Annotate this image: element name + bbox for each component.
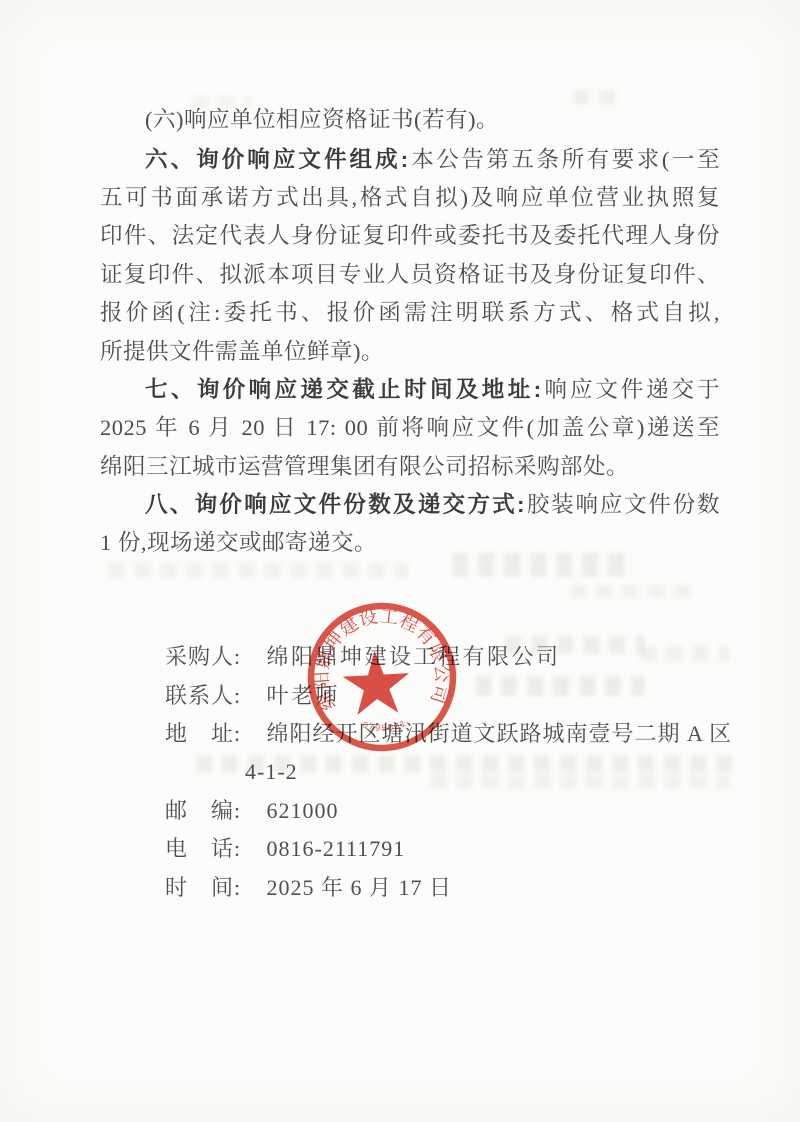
section6-text: 本公告第五条所有要求(一至 [409, 147, 720, 172]
date-label: 时 间: [165, 869, 261, 907]
section8-heading: 八、询价响应文件份数及递交方式: [145, 492, 526, 517]
seal-svg: 绵阳鼎坤建设工程有限公司 0795001 [299, 593, 465, 763]
bleed-through-smudge [570, 585, 700, 598]
section8-text: 胶装响应文件份数 [526, 492, 720, 517]
bleed-through-smudge [640, 646, 730, 662]
zip-label: 邮 编: [165, 792, 261, 830]
paragraph-item-six: (六)响应单位相应资格证书(若有)。 [100, 101, 720, 139]
section7-line2: 2025 年 6 月 20 日 17: 00 前将响应文件(加盖公章)递送至 [100, 409, 720, 447]
address-label: 地 址: [165, 715, 261, 753]
bleed-through-smudge [430, 775, 730, 789]
section7-line3: 绵阳三江城市运营管理集团有限公司招标采购部处。 [100, 448, 720, 486]
section6-line3: 印件、法定代表人身份证复印件或委托书及委托代理人身份 [100, 217, 720, 255]
phone-label: 电 话: [165, 830, 261, 868]
section6-line4: 证复印件、拟派本项目专业人员资格证书及身份证复印件、 [100, 256, 720, 294]
zip-row: 邮 编: 621000 [165, 792, 339, 830]
section7-heading: 七、询价响应递交截止时间及地址: [145, 377, 542, 402]
star-icon [341, 649, 411, 715]
seal-serial-textpath: 0795001 [360, 717, 408, 735]
date-row: 时 间: 2025 年 6 月 17 日 [165, 869, 452, 907]
section8-line2: 1 份,现场递交或邮寄递交。 [100, 524, 720, 562]
bleed-through-smudge [108, 562, 408, 578]
section7-text: 响应文件递交于 [542, 377, 720, 402]
date-value: 2025 年 6 月 17 日 [267, 875, 453, 900]
address-value-line2: 4-1-2 [245, 759, 298, 784]
company-seal-stamp: 绵阳鼎坤建设工程有限公司 0795001 [299, 593, 465, 763]
contact-person-label: 联系人: [165, 677, 261, 715]
zip-value: 621000 [267, 798, 339, 823]
purchaser-label: 采购人: [165, 638, 261, 676]
section6-line6: 所提供文件需盖单位鲜章)。 [100, 333, 720, 371]
section6-line2: 五可书面承诺方式出具,格式自拟)及响应单位营业执照复 [100, 179, 720, 217]
phone-value: 0816-2111791 [267, 836, 406, 861]
address-row-line2: 4-1-2 [245, 753, 298, 791]
section6-heading: 六、询价响应文件组成: [145, 147, 409, 172]
bleed-through-smudge [475, 676, 645, 696]
phone-row: 电 话: 0816-2111791 [165, 830, 405, 868]
seal-serial-text: 0795001 [360, 717, 408, 735]
section6-line5: 报价函(注:委托书、报价函需注明联系方式、格式自拟, [100, 294, 720, 332]
section6-heading-line: 六、询价响应文件组成:本公告第五条所有要求(一至 [100, 141, 720, 179]
scanned-document-page: (六)响应单位相应资格证书(若有)。 六、询价响应文件组成:本公告第五条所有要求… [0, 0, 800, 1122]
section7-heading-line: 七、询价响应递交截止时间及地址:响应文件递交于 [100, 371, 720, 409]
section8-heading-line: 八、询价响应文件份数及递交方式:胶装响应文件份数 [100, 486, 720, 524]
